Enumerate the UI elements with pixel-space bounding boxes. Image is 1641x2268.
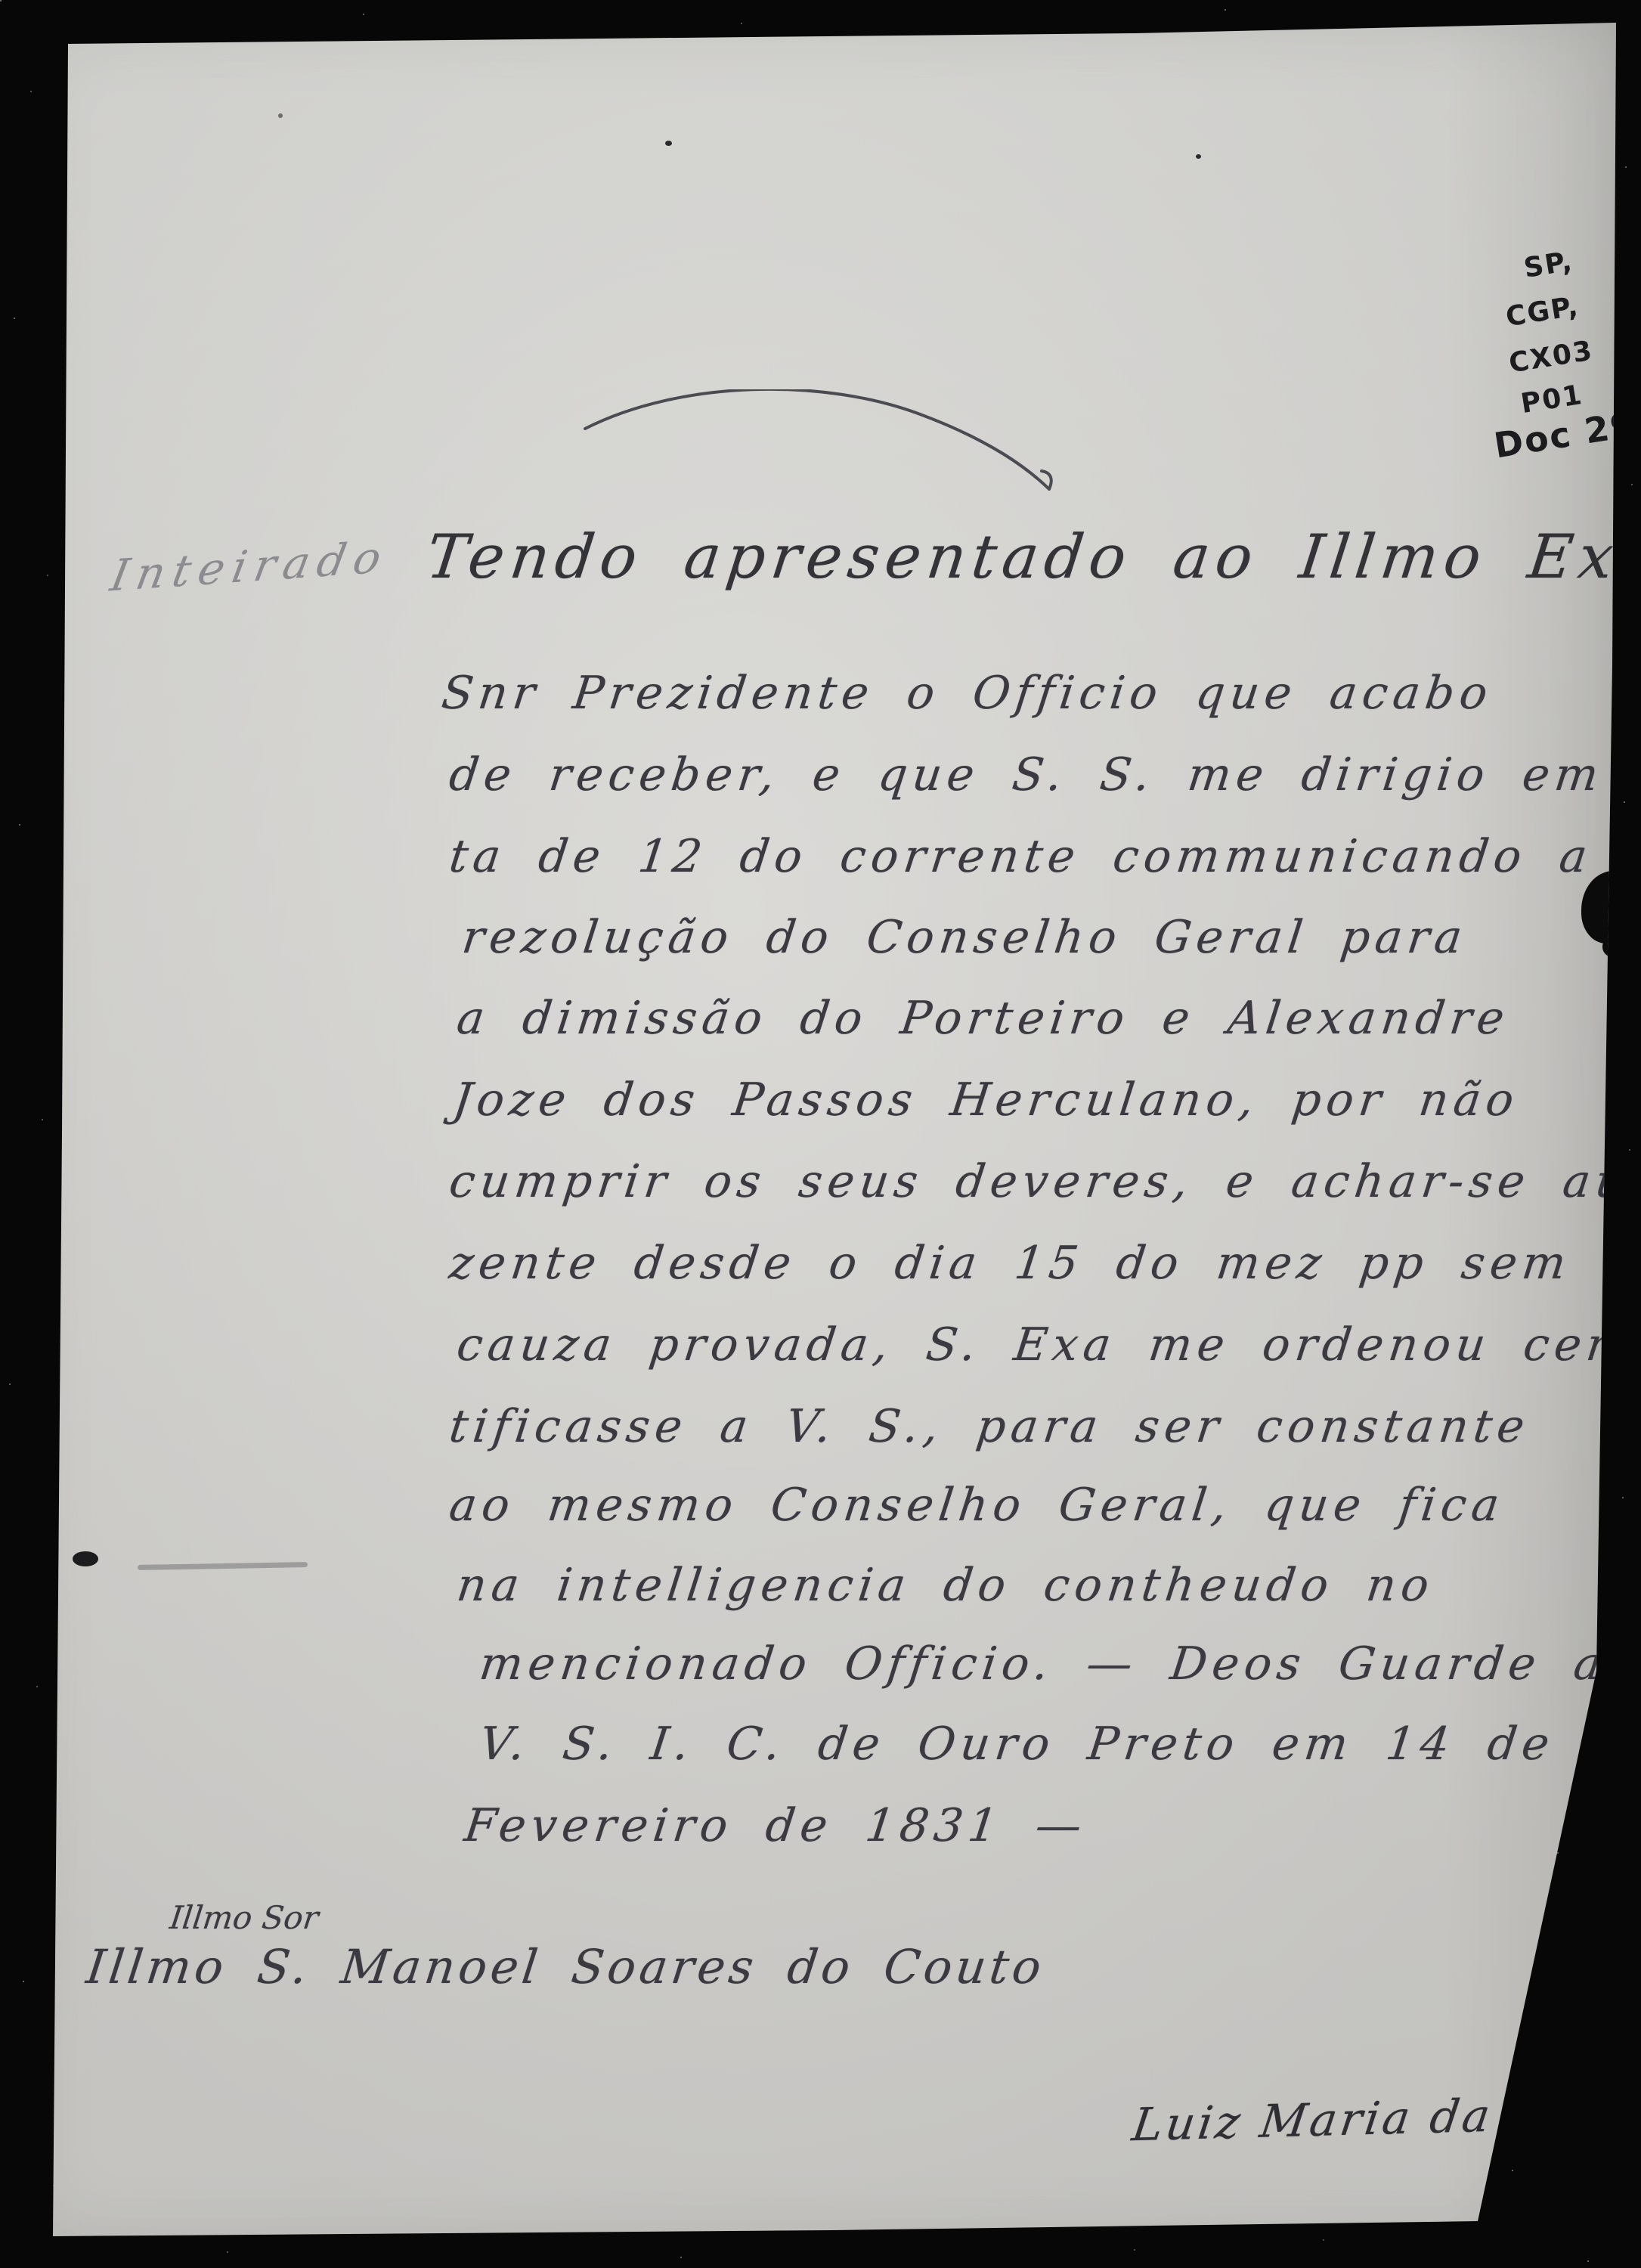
body-line: Joze dos Passos Herculano, por não [451, 1074, 1522, 1126]
pencil-smear [138, 1562, 308, 1570]
body-line: cumprir os seus deveres, e achar-se au [447, 1155, 1633, 1208]
body-line: zente desde o dia 15 do mez pp sem [447, 1237, 1574, 1290]
body-line: ao mesmo Conselho Geral, que fica [447, 1479, 1507, 1532]
signature: Luiz Maria da Sª Pinto — [1129, 2082, 1641, 2152]
stamp-line: CX03 [1506, 335, 1595, 379]
address-line: Illmo S. Manoel Soares do Couto [84, 1939, 1048, 1994]
edge-mark [73, 1551, 98, 1566]
body-line: tificasse a V. S., para ser constante [447, 1400, 1533, 1453]
body-line: ta de 12 do corrente communicando a [447, 830, 1596, 883]
body-line: na intelligencia do contheudo no [454, 1559, 1438, 1612]
stamp-line: CGP, [1503, 291, 1581, 333]
address-line: Illmo Sor [168, 1899, 320, 1936]
body-line: de receber, e que S. S. me dirigio em da [447, 748, 1641, 801]
ink-blot [1602, 936, 1633, 959]
flourish-stroke [574, 389, 1066, 503]
paper-speck [665, 141, 672, 146]
body-line: rezolução do Conselho Geral para [460, 911, 1470, 964]
paper-speck [278, 113, 283, 118]
body-line: V. S. I. C. de Ouro Preto em 14 de [477, 1718, 1558, 1771]
stamp-line: SP, [1522, 246, 1575, 284]
ink-blot [1581, 871, 1640, 943]
body-line: a dimissão do Porteiro e Alexandre [454, 992, 1513, 1045]
manuscript-page: SP, CGP, CX03 P01 Doc 29 Inteirado Tendo… [0, 0, 1641, 2268]
body-line: mencionado Officio. — Deos Guarde a [477, 1637, 1610, 1690]
margin-note: Inteirado [107, 531, 392, 601]
body-line: Tendo apresentado ao Illmo Exmo [423, 522, 1641, 592]
scan-background-noise [0, 0, 2, 2]
body-line: Fevereiro de 1831 — [462, 1799, 1090, 1852]
body-line: cauza provada, S. Exa me ordenou cer [454, 1318, 1617, 1371]
paper-speck [1196, 154, 1201, 159]
stamp-line: P01 [1519, 380, 1585, 420]
body-line: Snr Prezidente o Officio que acabo [439, 667, 1496, 720]
stamp-line: Doc 29 [1491, 404, 1639, 466]
